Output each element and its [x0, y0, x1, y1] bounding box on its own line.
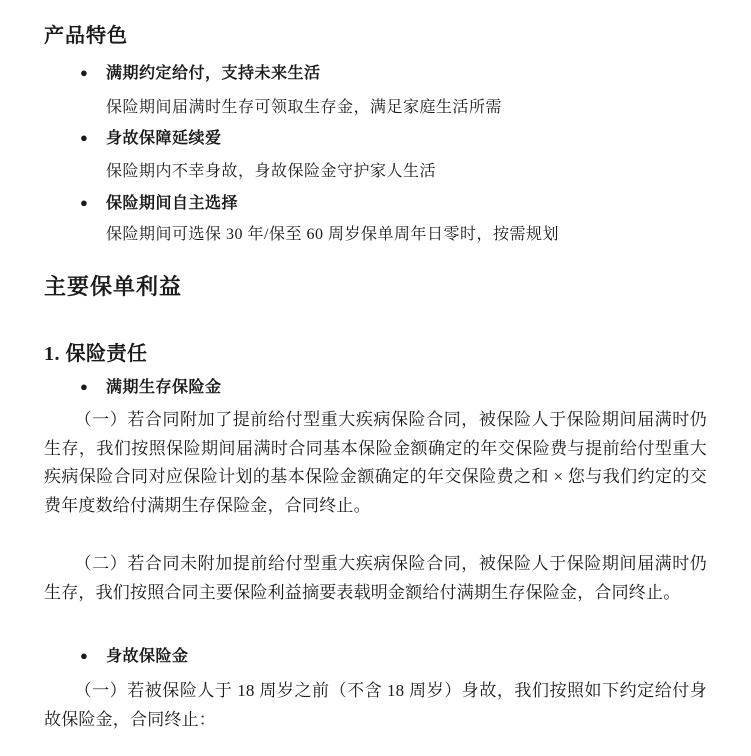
benefit-item-maturity: ●满期生存保险金	[80, 376, 707, 399]
feature-description: 保险期内不幸身故，身故保险金守护家人生活	[106, 161, 707, 183]
bullet-icon: ●	[80, 192, 106, 214]
section-title-product-features: 产品特色	[44, 22, 707, 50]
benefit-label: 身故保险金	[106, 648, 189, 665]
bullet-icon: ●	[80, 376, 106, 398]
maturity-benefit-clause-1: （一）若合同附加了提前给付型重大疾病保险合同，被保险人于保险期间届满时仍生存，我…	[44, 406, 707, 520]
benefit-label: 满期生存保险金	[106, 379, 222, 396]
bullet-icon: ●	[80, 645, 106, 667]
subsection-heading-insurance-liability: 1. 保险责任	[44, 340, 707, 368]
bullet-icon: ●	[80, 62, 106, 84]
feature-description: 保险期间可选保 30 年/保至 60 周岁保单周年日零时，按需规划	[106, 224, 707, 246]
maturity-benefit-clause-2: （二）若合同未附加提前给付型重大疾病保险合同，被保险人于保险期间届满时仍生存，我…	[44, 550, 707, 607]
feature-item: ●身故保障延续爱	[80, 127, 707, 150]
feature-label: 保险期间自主选择	[106, 195, 238, 212]
benefit-item-death: ●身故保险金	[80, 645, 707, 668]
feature-item: ●满期约定给付，支持未来生活	[80, 62, 707, 85]
feature-label: 满期约定给付，支持未来生活	[106, 65, 321, 82]
bullet-icon: ●	[80, 127, 106, 149]
section-title-policy-benefits: 主要保单利益	[44, 272, 707, 302]
document-page: 产品特色 ●满期约定给付，支持未来生活 保险期间届满时生存可领取生存金，满足家庭…	[0, 0, 751, 756]
death-benefit-clause-1: （一）若被保险人于 18 周岁之前（不含 18 周岁）身故，我们按照如下约定给付…	[44, 677, 707, 734]
feature-item: ●保险期间自主选择	[80, 192, 707, 215]
feature-description: 保险期间届满时生存可领取生存金，满足家庭生活所需	[106, 97, 707, 119]
feature-label: 身故保障延续爱	[106, 130, 222, 147]
